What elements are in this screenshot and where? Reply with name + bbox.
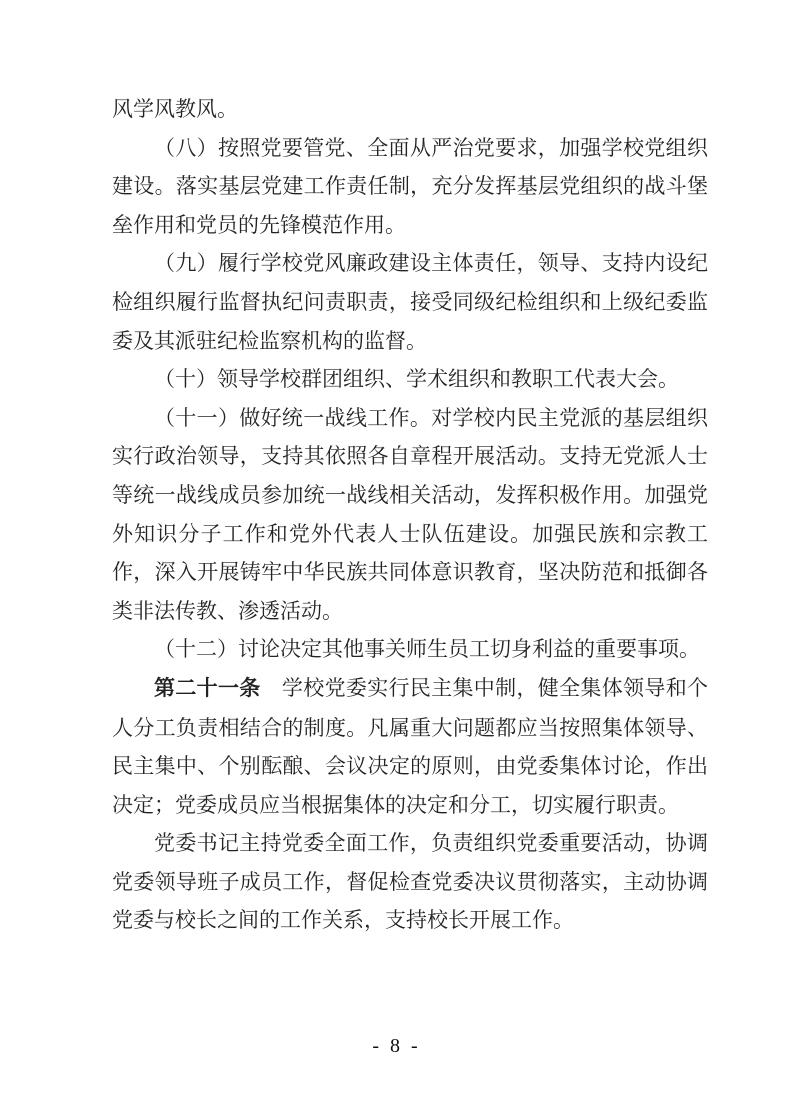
paragraph: （十）领导学校群团组织、学术组织和教职工代表大会。 [112,360,708,399]
paragraph: 风学风教风。 [112,90,708,129]
text-run: （八）按照党要管党、全面从严治党要求，加强学校党组织建设。落实基层党建工作责任制… [112,136,708,237]
text-run: （十二）讨论决定其他事关师生员工切身利益的重要事项。 [154,637,700,661]
article-number-label: 第二十一条 [154,677,261,700]
paragraph: （十二）讨论决定其他事关师生员工切身利益的重要事项。 [112,630,708,669]
text-run: 党委书记主持党委全面工作，负责组织党委重要活动，协调党委领导班子成员工作，督促检… [112,831,708,932]
paragraph: 党委书记主持党委全面工作，负责组织党委重要活动，协调党委领导班子成员工作，督促检… [112,824,708,940]
paragraph: （九）履行学校党风廉政建设主体责任，领导、支持内设纪检组织履行监督执纪问责职责，… [112,244,708,360]
page-number: - 8 - [0,1035,793,1058]
text-run: （九）履行学校党风廉政建设主体责任，领导、支持内设纪检组织履行监督执纪问责职责，… [112,251,708,352]
paragraph: （十一）做好统一战线工作。对学校内民主党派的基层组织实行政治领导，支持其依照各自… [112,399,708,631]
paragraph: （八）按照党要管党、全面从严治党要求，加强学校党组织建设。落实基层党建工作责任制… [112,129,708,245]
paragraph: 第二十一条 学校党委实行民主集中制，健全集体领导和个人分工负责相结合的制度。凡属… [112,669,708,824]
document-body: 风学风教风。（八）按照党要管党、全面从严治党要求，加强学校党组织建设。落实基层党… [112,90,708,940]
document-page: 风学风教风。（八）按照党要管党、全面从严治党要求，加强学校党组织建设。落实基层党… [0,0,793,1118]
text-run: 风学风教风。 [112,97,238,121]
text-run: （十）领导学校群团组织、学术组织和教职工代表大会。 [154,367,679,391]
text-run: （十一）做好统一战线工作。对学校内民主党派的基层组织实行政治领导，支持其依照各自… [112,406,708,623]
